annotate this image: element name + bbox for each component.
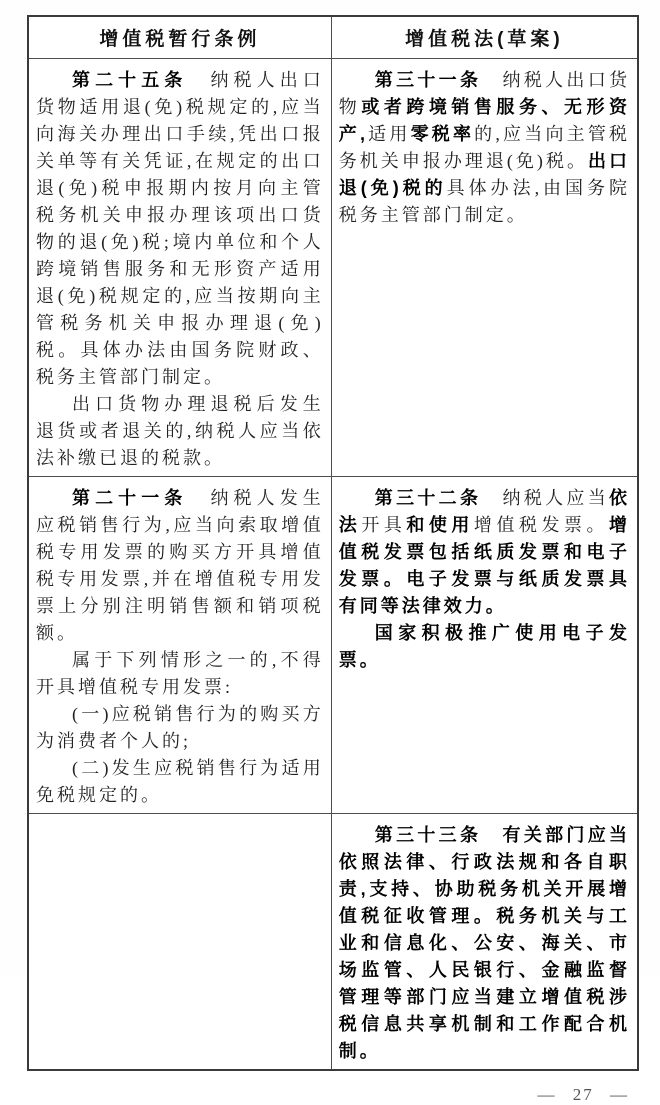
comparison-table: 增值税暂行条例 增值税法(草案) 第二十五条 纳税人出口货物适用退(免)税规定的… bbox=[27, 15, 639, 1071]
document-page: 增值税暂行条例 增值税法(草案) 第二十五条 纳税人出口货物适用退(免)税规定的… bbox=[0, 0, 660, 977]
column-header-regulations: 增值税暂行条例 bbox=[29, 17, 332, 59]
paragraph: 第二十五条 纳税人出口货物适用退(免)税规定的,应当向海关办理出口手续,凭出口报… bbox=[36, 67, 324, 391]
paragraph: (二)发生应税销售行为适用免税规定的。 bbox=[36, 755, 324, 809]
text-run: 出口货物办理退税后发生退货或者退关的,纳税人应当依法补缴已退的税款。 bbox=[36, 394, 324, 468]
paragraph: 第三十二条 纳税人应当依法开具和使用增值税发票。增值税发票包括纸质发票和电子发票… bbox=[339, 485, 630, 620]
cell-draft-article-31: 第三十一条 纳税人出口货物或者跨境销售服务、无形资产,适用零税率的,应当向主管税… bbox=[332, 59, 637, 477]
text-run: 开具 bbox=[361, 515, 406, 535]
text-run: 属于下列情形之一的,不得开具增值税专用发票: bbox=[36, 650, 324, 697]
text-run: 纳税人出口货物适用退(免)税规定的,应当向海关办理出口手续,凭出口报关单等有关凭… bbox=[36, 70, 324, 387]
emphasized-text-run: 第二十五条 bbox=[72, 70, 187, 90]
emphasized-text-run: 有关部门应当依照法律、行政法规和各自职责,支持、协助税务机关开展增值税征收管理。… bbox=[339, 825, 630, 1061]
text-run: 纳税人发生应税销售行为,应当向索取增值税专用发票的购买方开具增值税专用发票,并在… bbox=[36, 488, 324, 643]
paragraph: 第三十一条 纳税人出口货物或者跨境销售服务、无形资产,适用零税率的,应当向主管税… bbox=[339, 67, 630, 229]
emphasized-text-run: 第三十三条 bbox=[375, 825, 481, 845]
cell-regulation-article-21: 第二十一条 纳税人发生应税销售行为,应当向索取增值税专用发票的购买方开具增值税专… bbox=[29, 477, 332, 814]
cell-regulation-empty bbox=[29, 814, 332, 1069]
text-run: (一)应税销售行为的购买方为消费者个人的; bbox=[36, 704, 324, 751]
page-footer: — 27 — bbox=[27, 1085, 639, 1105]
text-run: 纳税人应当 bbox=[481, 488, 609, 508]
paragraph: 出口货物办理退税后发生退货或者退关的,纳税人应当依法补缴已退的税款。 bbox=[36, 391, 324, 472]
column-header-draft-law: 增值税法(草案) bbox=[332, 17, 637, 59]
paragraph: 第二十一条 纳税人发生应税销售行为,应当向索取增值税专用发票的购买方开具增值税专… bbox=[36, 485, 324, 647]
text-run: 适用 bbox=[368, 124, 411, 144]
cell-draft-article-32: 第三十二条 纳税人应当依法开具和使用增值税发票。增值税发票包括纸质发票和电子发票… bbox=[332, 477, 637, 814]
cell-draft-article-33: 第三十三条 有关部门应当依照法律、行政法规和各自职责,支持、协助税务机关开展增值… bbox=[332, 814, 637, 1069]
cell-regulation-article-25: 第二十五条 纳税人出口货物适用退(免)税规定的,应当向海关办理出口手续,凭出口报… bbox=[29, 59, 332, 477]
page-number: — 27 — bbox=[538, 1085, 630, 1104]
emphasized-text-run: 零税率 bbox=[411, 124, 475, 144]
paragraph: 国家积极推广使用电子发票。 bbox=[339, 620, 630, 674]
emphasized-text-run: 国家积极推广使用电子发票。 bbox=[339, 623, 630, 670]
emphasized-text-run: 第三十一条 bbox=[375, 70, 481, 90]
paragraph: 属于下列情形之一的,不得开具增值税专用发票: bbox=[36, 647, 324, 701]
text-run: (二)发生应税销售行为适用免税规定的。 bbox=[36, 758, 324, 805]
emphasized-text-run: 第二十一条 bbox=[72, 488, 187, 508]
paragraph: (一)应税销售行为的购买方为消费者个人的; bbox=[36, 701, 324, 755]
text-run: 增值税发票。 bbox=[474, 515, 609, 535]
emphasized-text-run: 和使用 bbox=[406, 515, 474, 535]
emphasized-text-run: 第三十二条 bbox=[375, 488, 481, 508]
paragraph: 第三十三条 有关部门应当依照法律、行政法规和各自职责,支持、协助税务机关开展增值… bbox=[339, 822, 630, 1065]
